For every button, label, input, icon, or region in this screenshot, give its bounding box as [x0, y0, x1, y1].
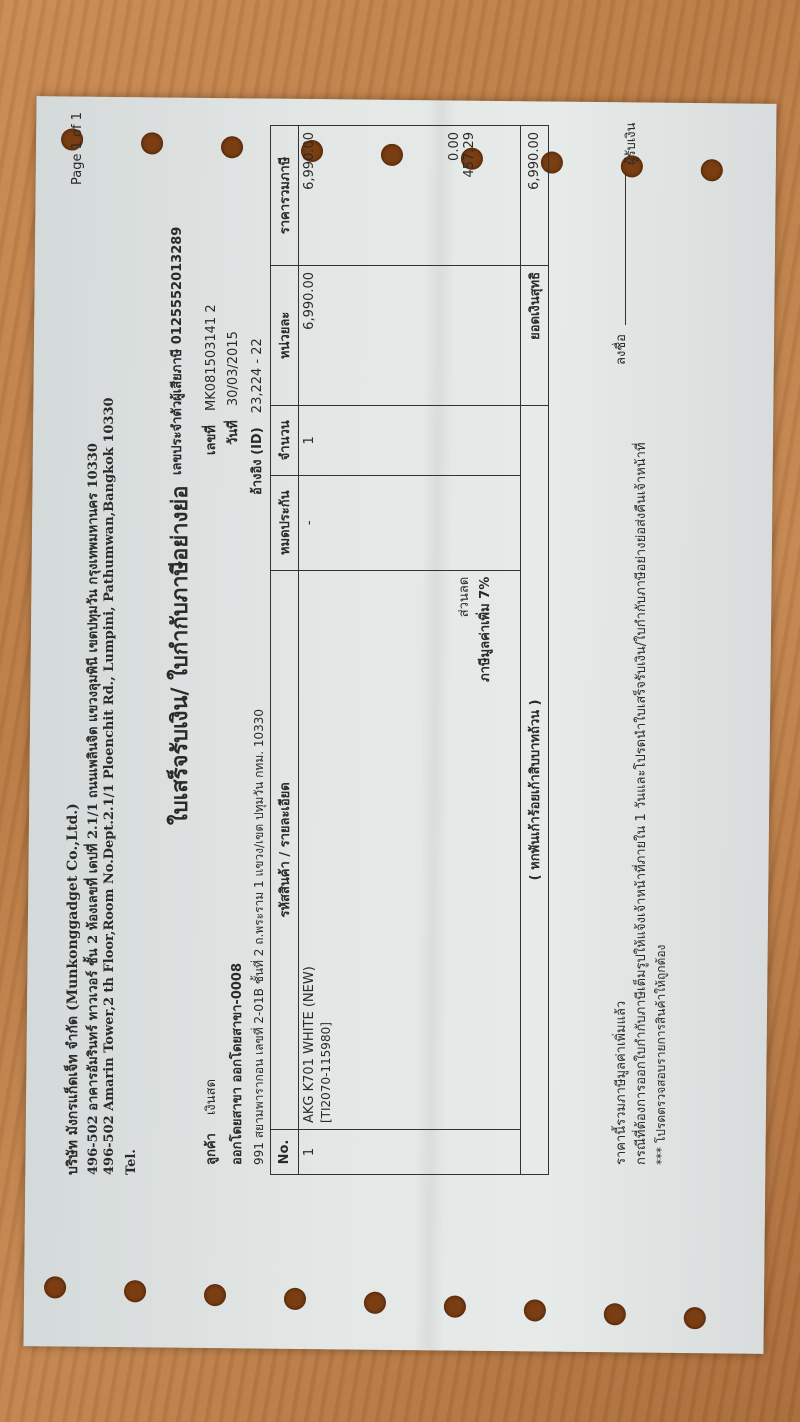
feed-hole: [364, 1292, 386, 1314]
header-quantity: จำนวน: [271, 405, 299, 475]
signature-label: ลงชื่อ: [610, 334, 631, 365]
receiver-label: ผู้รับเงิน: [620, 122, 641, 165]
feed-hole: [124, 1280, 146, 1302]
feed-hole: [444, 1295, 466, 1317]
date-label: วันที่: [226, 420, 241, 445]
item-code: [TI2070-115980]: [319, 577, 333, 1123]
feed-hole: [284, 1288, 306, 1310]
feed-hole: [684, 1307, 706, 1329]
reference-id: อ้างอิง (ID) 23,224 - 22: [246, 338, 267, 495]
vat-included-note: ราคานี้รวมภาษีมูลค่าเพิ่มแล้ว: [610, 1001, 631, 1165]
item-warranty: -: [299, 475, 521, 570]
feed-hole: [44, 1276, 66, 1298]
document-date: วันที่ 30/03/2015: [222, 331, 243, 445]
item-total-cell: 6,990.00 0.00 457.29: [299, 126, 521, 266]
date-value: 30/03/2015: [226, 331, 241, 406]
net-total-label: ยอดเงินสุทธิ: [521, 265, 549, 405]
discount-value: 0.00: [447, 132, 462, 259]
discount-label: ส่วนลด: [453, 577, 474, 1123]
header-no: No.: [271, 1130, 299, 1175]
company-address-thai: 496-502 อาคารอัมรินทร์ ทาวเวอร์ ชั้น 2 ห…: [82, 443, 103, 1175]
issued-by-branch: ออกโดยสาขา ออกโดยสาขา-0008: [226, 963, 247, 1165]
table-row: 1 AKG K701 WHITE (NEW) [TI2070-115980] ส…: [299, 126, 521, 1175]
customer-value: เงินสด: [204, 1079, 219, 1115]
items-table: No. รหัสสินค้า / รายละเอียด หมดประกัน จำ…: [270, 125, 549, 1175]
item-unit-price: 6,990.00: [299, 265, 521, 405]
net-total-value: 6,990.00: [521, 126, 549, 266]
item-total: 6,990.00: [302, 132, 317, 259]
header-warranty: หมดประกัน: [271, 475, 299, 570]
customer-label: ลูกค้า: [204, 1133, 219, 1165]
document-number-value: MK081503141 2: [204, 304, 219, 411]
item-description-cell: AKG K701 WHITE (NEW) [TI2070-115980] ส่ว…: [299, 570, 521, 1129]
company-address-english: 496-502 Amarin Tower,2 th Floor,Room No.…: [102, 397, 117, 1175]
feed-hole: [204, 1284, 226, 1306]
feed-hole: [604, 1303, 626, 1325]
feed-hole: [524, 1299, 546, 1321]
total-row: ( หกพันเก้าร้อยเก้าสิบบาทถ้วน ) ยอดเงินส…: [521, 126, 549, 1175]
check-items-note: *** โปรดตรวจสอบรายการสินค้าให้ถูกต้อง: [652, 945, 671, 1165]
header-unit-price: หน่วยละ: [271, 265, 299, 405]
tax-id: เลขประจำตัวผู้เสียภาษี 0125552013289: [166, 227, 187, 475]
vat-value: 457.29: [462, 132, 477, 259]
company-tel: Tel.: [124, 1149, 139, 1175]
document-number-label: เลขที่: [204, 425, 219, 455]
table-header-row: No. รหัสสินค้า / รายละเอียด หมดประกัน จำ…: [271, 126, 299, 1175]
receipt-title: ใบเสร็จรับเงิน/ ใบกำกับภาษีอย่างย่อ: [162, 486, 197, 825]
header-description: รหัสสินค้า / รายละเอียด: [271, 570, 299, 1129]
header-total: ราคารวมภาษี: [271, 126, 299, 266]
signature-line: [625, 175, 626, 325]
item-no: 1: [299, 1130, 521, 1175]
item-description: AKG K701 WHITE (NEW): [302, 577, 317, 1123]
vat-label: ภาษีมูลค่าเพิ่ม 7%: [474, 577, 495, 1123]
page-indicator: Page 1 of 1: [70, 112, 85, 185]
document-number: เลขที่ MK081503141 2: [200, 304, 221, 455]
feed-hole: [701, 159, 723, 181]
full-invoice-note: กรณีที่ต้องการออกใบกำกับภาษีเต็มรูปให้แจ…: [630, 442, 651, 1165]
company-name: บริษัท มังกรแก็ดเจ็ท จำกัด (Munkonggadge…: [62, 803, 84, 1175]
reference-label: อ้างอิง (ID): [250, 427, 265, 495]
receipt-content: บริษัท มังกรแก็ดเจ็ท จำกัด (Munkonggadge…: [50, 55, 690, 1195]
branch-location: 991 สยามพารากอน เลขที่ 2-01B ชั้นที่ 2 ถ…: [250, 709, 269, 1165]
customer-info: ลูกค้า เงินสด: [200, 1079, 221, 1165]
reference-value: 23,224 - 22: [250, 338, 265, 413]
item-quantity: 1: [299, 405, 521, 475]
amount-in-words: ( หกพันเก้าร้อยเก้าสิบบาทถ้วน ): [521, 405, 549, 1174]
